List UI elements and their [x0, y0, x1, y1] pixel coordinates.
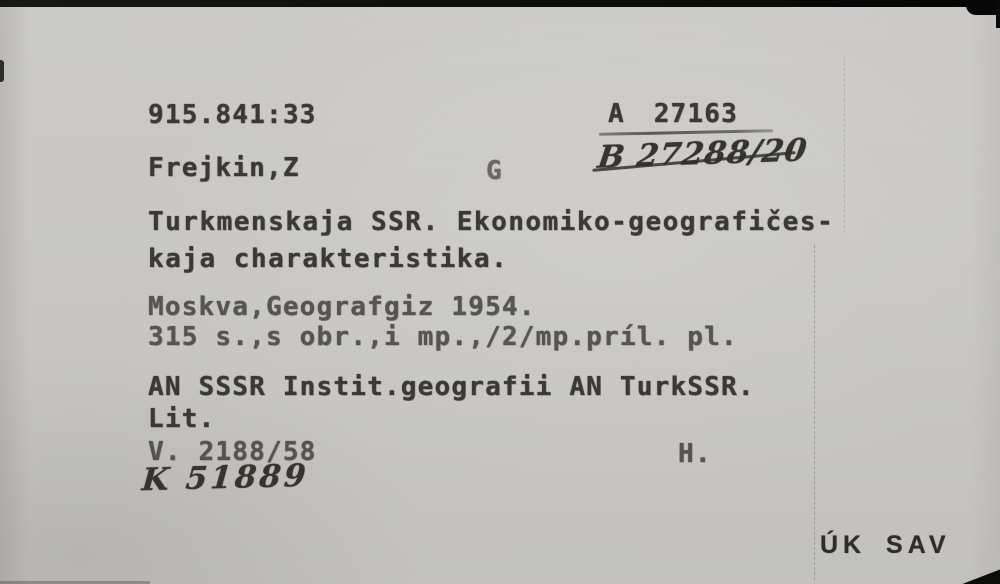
catalog-card-scan: 915.841:33 A 27163 B 27288/20 Frejkin,Z … — [0, 0, 1000, 584]
scan-left-edge-notch — [0, 60, 4, 82]
section-mark: H. — [678, 439, 712, 469]
bibliography-note: Lit. — [148, 404, 215, 434]
library-stamp: ÚK SAV — [820, 531, 951, 560]
title-line-2: kaja charakteristika. — [148, 244, 508, 274]
scan-right-edge — [996, 0, 1000, 28]
scan-bottom-right-corner — [954, 567, 1000, 584]
title-line-1: Turkmenskaja SSR. Ekonomiko-geografičes- — [148, 207, 834, 237]
accession-number-current: A 27163 — [608, 99, 738, 129]
imprint-line: Moskva,Geografgiz 1954. — [148, 292, 536, 322]
vertical-crease-upper — [844, 58, 845, 233]
vertical-crease — [814, 245, 815, 580]
handwritten-shelf-mark: K 51889 — [141, 458, 310, 498]
call-number: 915.841:33 — [148, 100, 317, 130]
corporate-note: AN SSSR Instit.geografii AN TurkSSR. — [148, 372, 755, 402]
letter-mark: G — [486, 156, 503, 186]
scan-top-right-corner — [966, 0, 1000, 15]
scan-top-edge — [0, 0, 1000, 7]
collation-line: 315 s.,s obr.,i mp.,/2/mp.príl. pl. — [148, 322, 738, 352]
author-heading: Frejkin,Z — [148, 153, 300, 183]
